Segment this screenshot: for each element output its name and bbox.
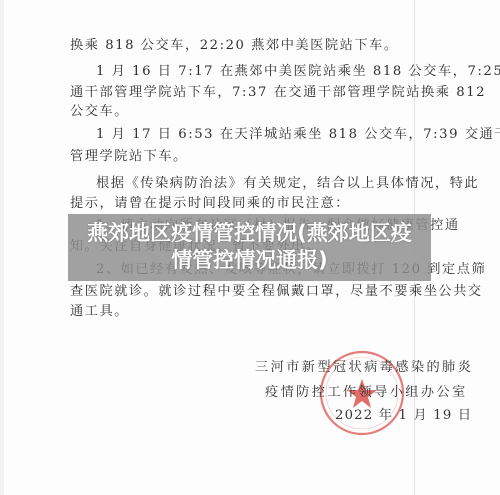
title-line-1: 燕郊地区疫情管控情况(燕郊地区疫 xyxy=(68,220,431,247)
body-line: 1 月 16 日 7:17 在燕郊中美医院站乘坐 818 公交车，7:25 交 xyxy=(96,64,500,80)
body-line: 换乘 818 公交车，22:20 燕郊中美医院站下车。 xyxy=(70,38,399,54)
body-line: 通工具。 xyxy=(70,304,129,320)
body-line: 公交车。 xyxy=(70,104,129,120)
article-title-overlay: 燕郊地区疫情管控情况(燕郊地区疫 情管控情况通报) xyxy=(68,214,431,281)
body-line: 通干部管理学院站下车，7:37 在交通干部管理学院站换乘 812 xyxy=(70,85,486,101)
signature-org-line-1: 三河市新型冠状病毒感染的肺炎 xyxy=(255,356,473,375)
body-line: 提示，请曾在提示时间段同乘的市民注意： xyxy=(70,196,350,212)
body-line: 管理学院站下车。 xyxy=(70,149,188,165)
signature-org-line-2: 疫情防控工作领导小组办公室 xyxy=(265,381,468,400)
title-line-2: 情管控情况通报) xyxy=(68,247,431,274)
document-page: 换乘 818 公交车，22:20 燕郊中美医院站下车。 1 月 16 日 7:1… xyxy=(0,0,500,495)
page-edge xyxy=(0,0,4,495)
body-line: 根据《传染病防治法》有关规定，结合以上具体情况，特此 xyxy=(96,176,479,192)
body-line: 查医院就诊。就诊过程中要全程佩戴口罩，尽量不要乘坐公共交 xyxy=(70,284,483,300)
signature-date: 2022 年 1 月 19 日 xyxy=(335,404,472,423)
body-line: 1 月 17 日 6:53 在天洋城站乘坐 818 公交车，7:39 交通干部 xyxy=(96,127,500,143)
